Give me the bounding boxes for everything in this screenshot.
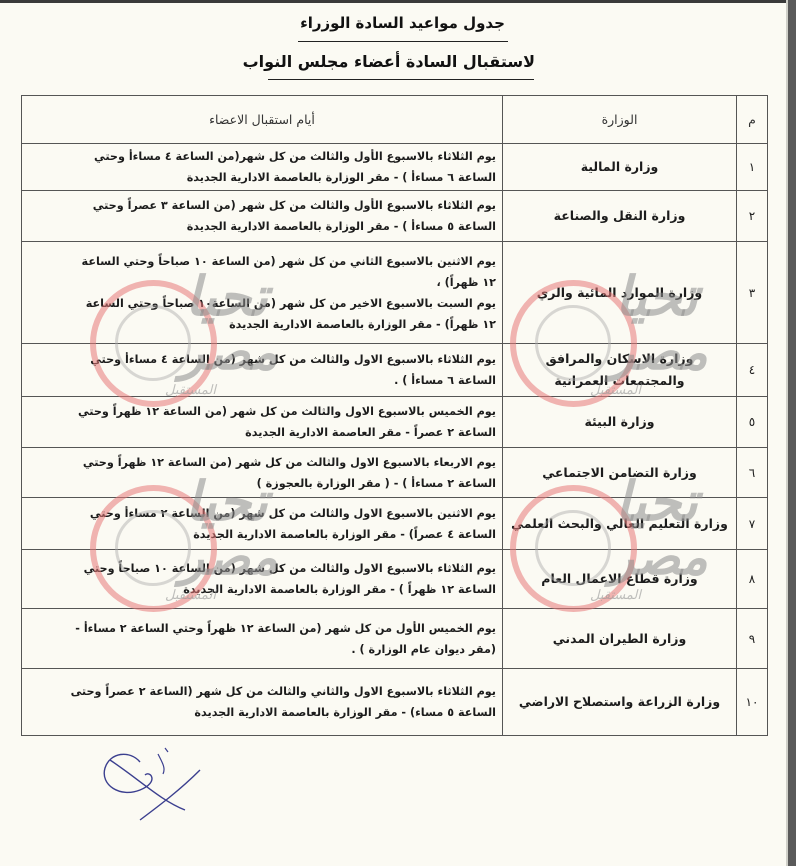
reception-days: يوم الاربعاء بالاسبوع الاول والثالث من ك…	[22, 448, 503, 498]
table-row: ٦ وزارة التضامن الاجتماعي يوم الاربعاء ب…	[22, 448, 768, 498]
reception-days: يوم الاثنين بالاسبوع الثاني من كل شهر (م…	[22, 242, 503, 344]
row-number: ٩	[737, 609, 768, 669]
row-number: ١٠	[737, 669, 768, 736]
right-edge-bar	[788, 0, 796, 866]
table-row: ٢ وزارة النقل والصناعة يوم الثلاثاء بالا…	[22, 191, 768, 242]
reception-days: يوم الثلاثاء بالاسبوع الأول والثالث من ك…	[22, 144, 503, 191]
header-number: م	[737, 96, 768, 144]
ministry-name: وزارة النقل والصناعة	[503, 191, 737, 242]
row-number: ٦	[737, 448, 768, 498]
reception-days: يوم الثلاثاء بالاسبوع الاول والثاني والث…	[22, 669, 503, 736]
reception-days: يوم الثلاثاء بالاسبوع الاول والثالث من ك…	[22, 550, 503, 609]
row-number: ٨	[737, 550, 768, 609]
document-subtitle: لاستقبال السادة أعضاء مجلس النواب	[265, 52, 535, 71]
table-row: ١ وزارة المالية يوم الثلاثاء بالاسبوع ال…	[22, 144, 768, 191]
header-days: أيام استقبال الاعضاء	[22, 96, 503, 144]
row-number: ١	[737, 144, 768, 191]
reception-days: يوم الخميس بالاسبوع الاول والثالث من كل …	[22, 397, 503, 448]
schedule-table: م الوزارة أيام استقبال الاعضاء ١ وزارة ا…	[21, 95, 768, 736]
table-row: ٣ وزارة الموارد المائية والري يوم الاثني…	[22, 242, 768, 344]
reception-days: يوم الاثنين بالاسبوع الاول والثالث من كل…	[22, 498, 503, 550]
header-ministry: الوزارة	[503, 96, 737, 144]
ministry-name: وزارة الموارد المائية والري	[503, 242, 737, 344]
ministry-name: وزارة الطيران المدني	[503, 609, 737, 669]
ministry-name: وزارة التعليم العالي والبحث العلمي	[503, 498, 737, 550]
reception-days: يوم الثلاثاء بالاسبوع الاول والثالث من ك…	[22, 344, 503, 397]
row-number: ٣	[737, 242, 768, 344]
reception-days: يوم الثلاثاء بالاسبوع الأول والثالث من ك…	[22, 191, 503, 242]
table-header-row: م الوزارة أيام استقبال الاعضاء	[22, 96, 768, 144]
row-number: ٥	[737, 397, 768, 448]
table-row: ٩ وزارة الطيران المدني يوم الخميس الأول …	[22, 609, 768, 669]
subtitle-underline	[268, 79, 534, 80]
table-row: ٨ وزارة قطاع الاعمال العام يوم الثلاثاء …	[22, 550, 768, 609]
row-number: ٤	[737, 344, 768, 397]
ministry-name: وزارة المالية	[503, 144, 737, 191]
ministry-name: وزارة قطاع الاعمال العام	[503, 550, 737, 609]
ministry-name: وزارة الاسكان والمرافق والمجتمعات العمرا…	[503, 344, 737, 397]
table-row: ٥ وزارة البيئة يوم الخميس بالاسبوع الاول…	[22, 397, 768, 448]
table-row: ١٠ وزارة الزراعة واستصلاح الاراضي يوم ال…	[22, 669, 768, 736]
table-row: ٤ وزارة الاسكان والمرافق والمجتمعات العم…	[22, 344, 768, 397]
ministry-name: وزارة الزراعة واستصلاح الاراضي	[503, 669, 737, 736]
top-edge-bar	[0, 0, 796, 3]
document-title: جدول مواعيد السادة الوزراء	[295, 14, 510, 32]
reception-days: يوم الخميس الأول من كل شهر (من الساعة ١٢…	[22, 609, 503, 669]
row-number: ٧	[737, 498, 768, 550]
signature-icon	[90, 740, 210, 830]
table-row: ٧ وزارة التعليم العالي والبحث العلمي يوم…	[22, 498, 768, 550]
ministry-name: وزارة التضامن الاجتماعي	[503, 448, 737, 498]
ministry-name: وزارة البيئة	[503, 397, 737, 448]
row-number: ٢	[737, 191, 768, 242]
title-underline	[298, 41, 508, 42]
